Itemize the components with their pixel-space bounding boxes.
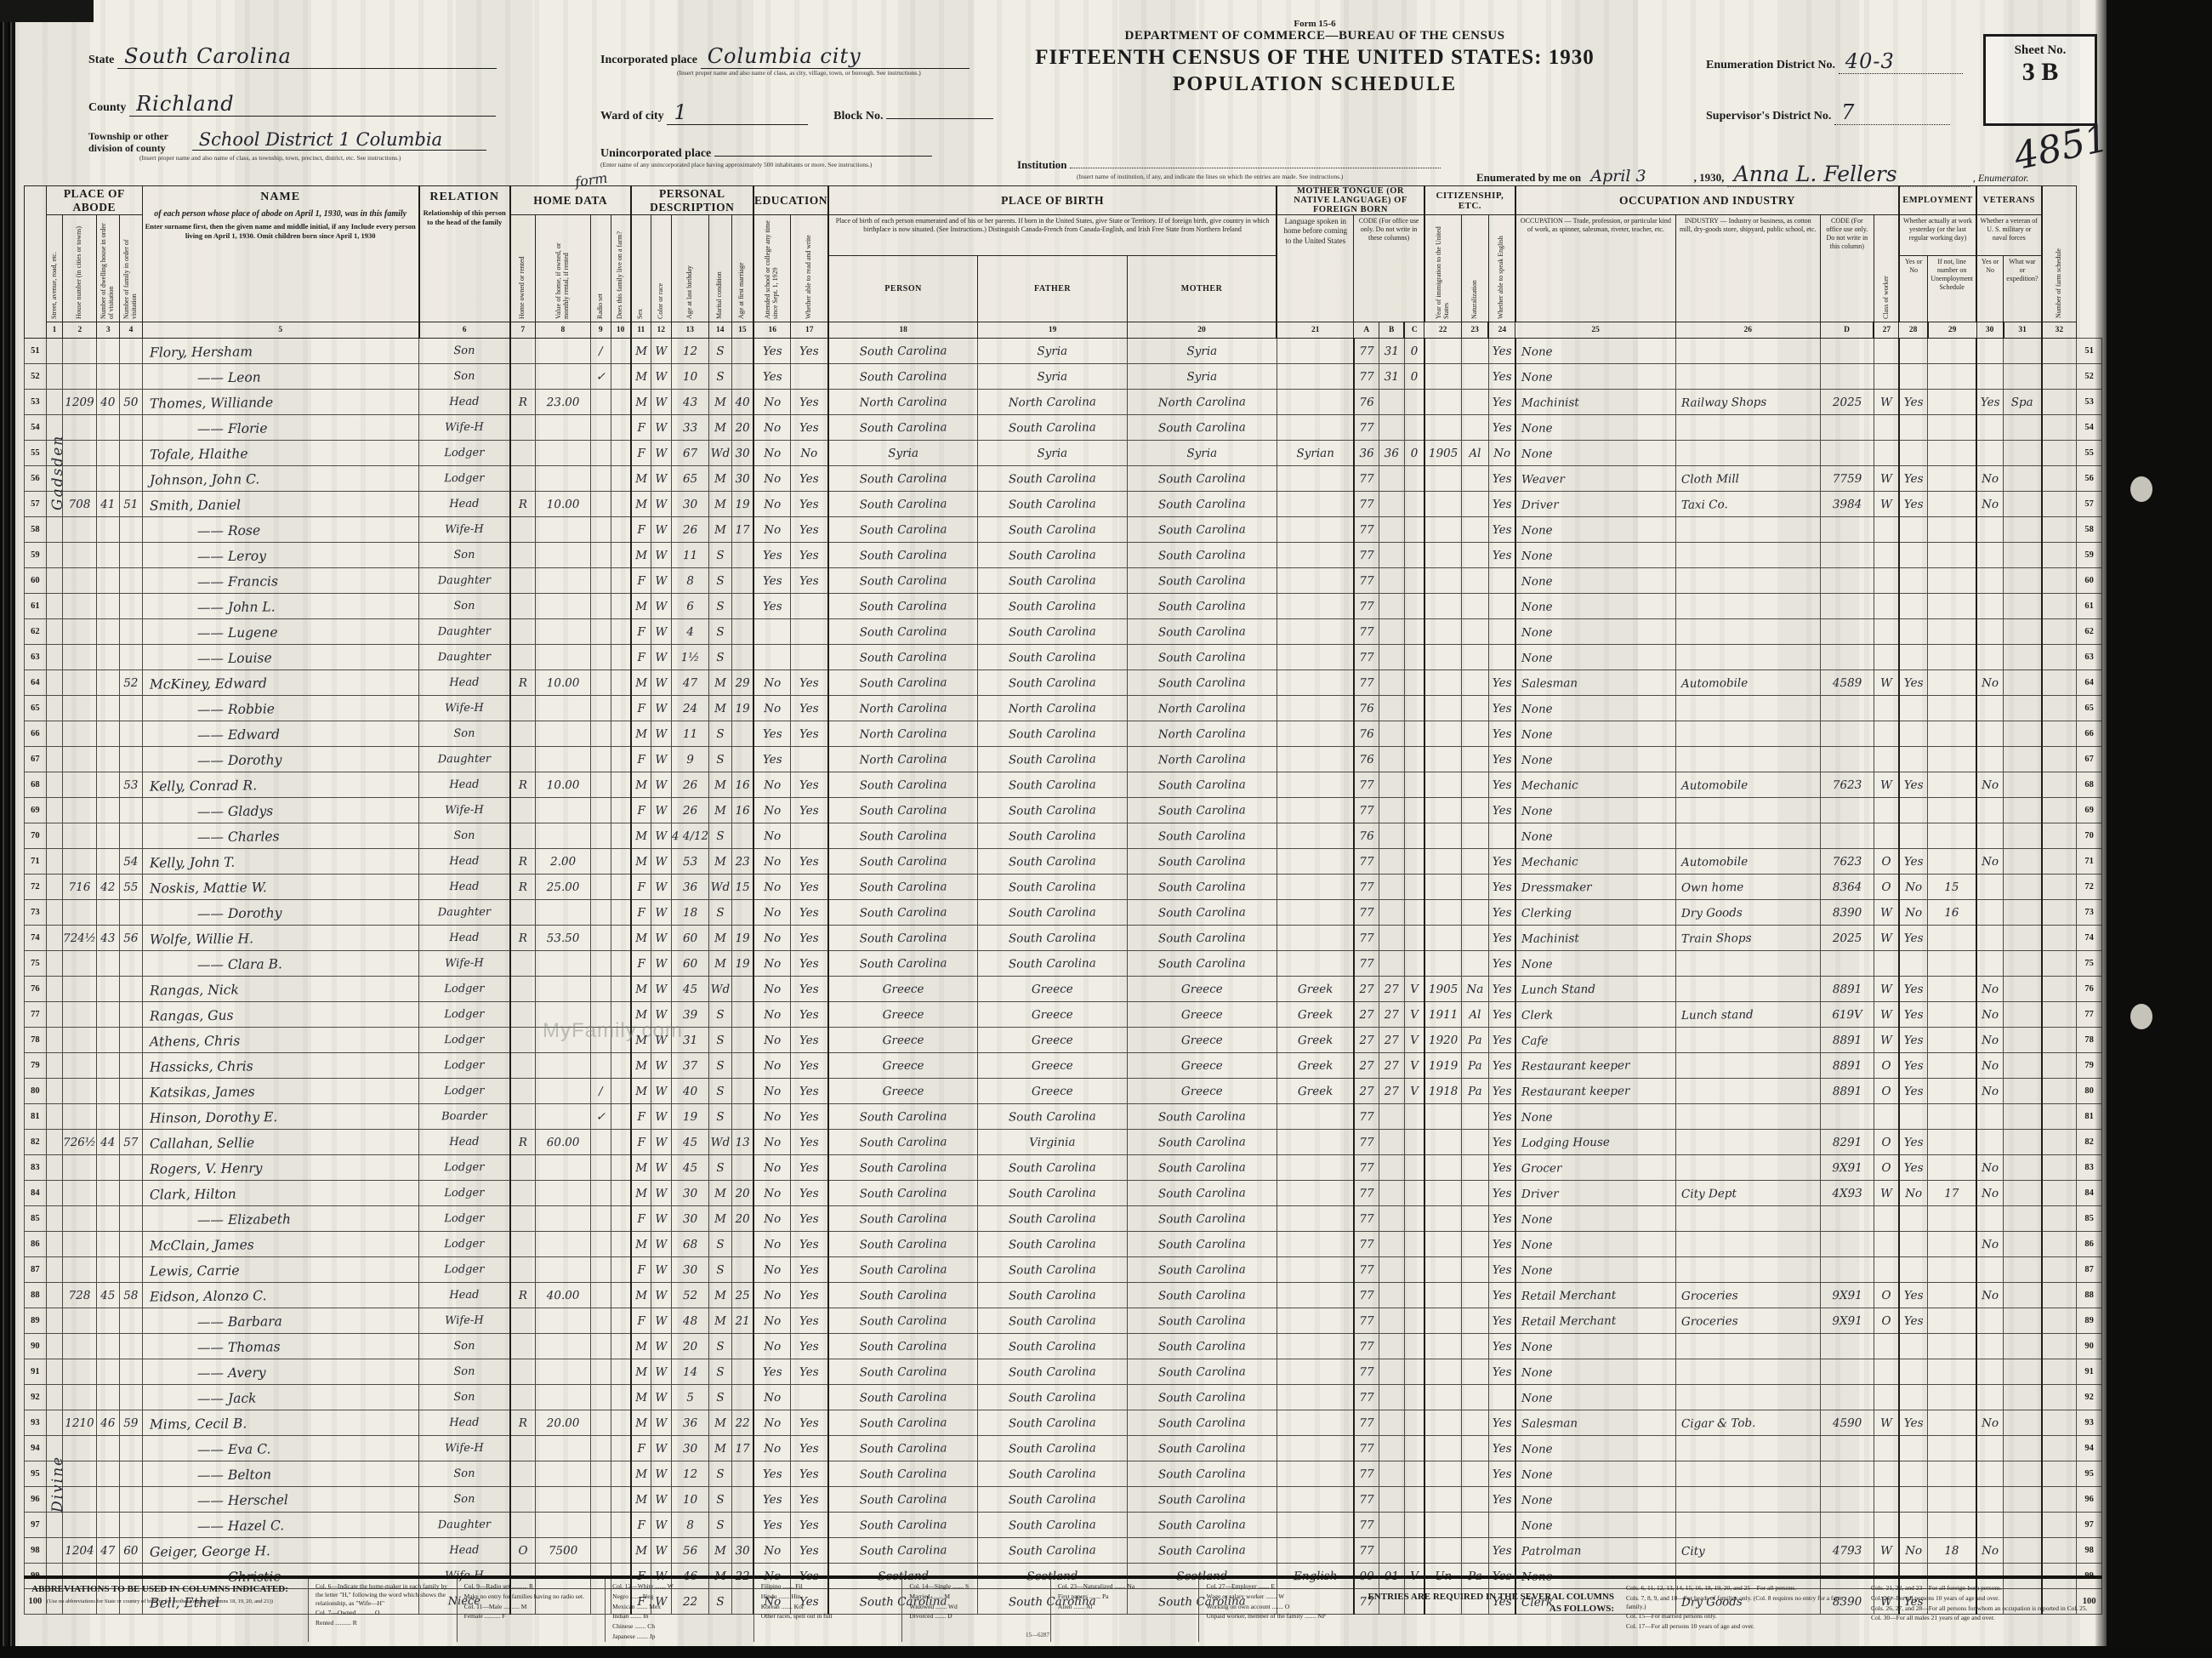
cell-dwelling: [97, 543, 120, 568]
cell-family: 56: [120, 926, 143, 951]
cell-age: 4: [671, 619, 708, 645]
cell-at-work: [1899, 1104, 1928, 1130]
cell-street: [46, 977, 63, 1002]
cell-english: Yes: [1488, 798, 1515, 823]
cell-farm-schedule: [2042, 823, 2077, 849]
cell-dwelling: [97, 339, 120, 364]
cell-birthplace-person: South Carolina: [828, 1410, 978, 1436]
cell-farm-schedule: [2042, 1283, 2077, 1308]
cell-code-a: 76: [1354, 747, 1379, 772]
group-citizenship: CITIZENSHIP, ETC.: [1424, 186, 1515, 215]
cell-age-married: [731, 1257, 753, 1283]
cell-birthplace-mother: South Carolina: [1127, 645, 1277, 670]
cell-family: [120, 1053, 143, 1079]
cell-unemp-line: 16: [1928, 900, 1976, 926]
cell-code-b: [1379, 772, 1405, 798]
cell-veteran: [1976, 1257, 2004, 1283]
table-row: 76Rangas, NickLodgerMW45WdNoYesGreeceGre…: [25, 977, 2102, 1002]
cell-birthplace-person: South Carolina: [828, 1257, 978, 1283]
cell-code-c: 0: [1404, 364, 1424, 390]
cell-naturalization: [1462, 1436, 1489, 1461]
cell-unemp-line: [1928, 1334, 1976, 1359]
cell-occupation: None: [1515, 568, 1675, 594]
cell-code-d: [1820, 1461, 1874, 1487]
cell-school: No: [753, 1385, 791, 1410]
column-number: 10: [611, 322, 631, 339]
cell-relation: Daughter: [419, 645, 510, 670]
cell-school: Yes: [753, 364, 791, 390]
cell-line: 97: [25, 1513, 47, 1538]
cell-code-c: [1404, 1181, 1424, 1206]
cell-veteran: [1976, 594, 2004, 619]
state-label: State: [88, 54, 114, 66]
cell-veteran: [1976, 1308, 2004, 1334]
cell-marital: M: [708, 1181, 731, 1206]
cell-industry: [1675, 619, 1820, 645]
cell-marital: Wd: [708, 875, 731, 900]
cell-school: Yes: [753, 721, 791, 747]
cell-age-married: 40: [731, 390, 753, 415]
cell-birthplace-father: North Carolina: [978, 696, 1128, 721]
cell-class: [1874, 951, 1899, 977]
cell-read-write: Yes: [791, 1028, 828, 1053]
cell-code-d: 2025: [1820, 390, 1874, 415]
cell-read-write: Yes: [791, 1257, 828, 1283]
cell-industry: City: [1675, 1538, 1820, 1564]
cell-marital: M: [708, 772, 731, 798]
cell-age-married: 13: [731, 1130, 753, 1155]
cell-street: [46, 517, 63, 543]
farm-schedule-column-header: Number of farm schedule: [2042, 186, 2077, 322]
cell-marital: S: [708, 1461, 731, 1487]
cell-war: [2004, 900, 2042, 926]
english-label: Whether able to speak English: [1498, 219, 1505, 319]
cell-unemp-line: [1928, 798, 1976, 823]
cell-farm: [611, 1130, 631, 1155]
cell-code-a: 77: [1354, 1461, 1379, 1487]
cell-birthplace-mother: Greece: [1127, 1028, 1277, 1053]
cell-value: [535, 339, 590, 364]
cell-age: 56: [671, 1538, 708, 1564]
cell-farm: [611, 1461, 631, 1487]
cell-at-work: [1899, 1206, 1928, 1232]
cell-immigration: [1424, 875, 1462, 900]
cell-code-b: [1379, 1385, 1405, 1410]
cell-value: [535, 798, 590, 823]
cell-birthplace-father: Greece: [978, 1028, 1128, 1053]
cell-code-a: 27: [1354, 977, 1379, 1002]
cell-relation: Lodger: [419, 1053, 510, 1079]
cell-dwelling: [97, 849, 120, 875]
cell-dwelling: [97, 798, 120, 823]
cell-at-work: [1899, 645, 1928, 670]
census-table-wrapper: form MyFamily.com Gadsden Divine: [24, 185, 2102, 1615]
cell-at-work: Yes: [1899, 849, 1928, 875]
cell-veteran: [1976, 568, 2004, 594]
employment-description: Whether actually at work yesterday (or t…: [1899, 215, 1976, 256]
cell-age: 33: [671, 415, 708, 441]
cell-class: [1874, 364, 1899, 390]
cell-veteran: [1976, 619, 2004, 645]
cell-code-b: [1379, 1130, 1405, 1155]
cell-house: [63, 339, 97, 364]
cell-birthplace-person: South Carolina: [828, 670, 978, 696]
cell-name: —— Leroy: [142, 543, 418, 568]
cell-relation: Head: [419, 1538, 510, 1564]
column-number: 31: [2004, 322, 2042, 339]
cell-naturalization: [1462, 1155, 1489, 1181]
cell-class: W: [1874, 977, 1899, 1002]
cell-code-d: [1820, 364, 1874, 390]
cell-war: [2004, 875, 2042, 900]
cell-code-b: 27: [1379, 1028, 1405, 1053]
cell-language: [1277, 645, 1354, 670]
cell-birthplace-father: South Carolina: [978, 1283, 1128, 1308]
cell-language: [1277, 594, 1354, 619]
column-number: B: [1379, 322, 1405, 339]
cell-house: [63, 1359, 97, 1385]
cell-language: [1277, 1487, 1354, 1513]
table-row: 5312094050Thomes, WilliandeHeadR23.00MW4…: [25, 390, 2102, 415]
cell-birthplace-person: Greece: [828, 1079, 978, 1104]
cell-radio: [590, 441, 611, 466]
cell-marital: M: [708, 696, 731, 721]
cell-radio: [590, 492, 611, 517]
cell-age: 26: [671, 517, 708, 543]
cell-language: Syrian: [1277, 441, 1354, 466]
cell-race: W: [651, 619, 671, 645]
cell-unemp-line: [1928, 1079, 1976, 1104]
cell-at-work: [1899, 415, 1928, 441]
population-schedule-table: PLACE OF ABODE NAME of each person whose…: [24, 185, 2102, 1615]
cell-class: O: [1874, 875, 1899, 900]
cell-code-a: 77: [1354, 364, 1379, 390]
cell-farm-schedule: [2042, 1028, 2077, 1053]
cell-code-a: 77: [1354, 517, 1379, 543]
cell-read-write: Yes: [791, 1053, 828, 1079]
cell-english: Yes: [1488, 721, 1515, 747]
cell-read-write: Yes: [791, 390, 828, 415]
cell-age-married: 21: [731, 1308, 753, 1334]
column-number: 12: [651, 322, 671, 339]
cell-birthplace-person: Greece: [828, 1002, 978, 1028]
cell-code-c: [1404, 1206, 1424, 1232]
cell-code-d: 4X93: [1820, 1181, 1874, 1206]
cell-owned: R: [510, 390, 535, 415]
cell-language: [1277, 900, 1354, 926]
cell-industry: [1675, 339, 1820, 364]
cell-street: [46, 823, 63, 849]
cell-language: [1277, 1538, 1354, 1564]
col-family: Number of family in order of visitation: [120, 215, 143, 322]
cell-birthplace-mother: Syria: [1127, 339, 1277, 364]
cell-radio: [590, 798, 611, 823]
cell-code-a: 77: [1354, 1283, 1379, 1308]
cell-class: O: [1874, 1155, 1899, 1181]
entries-required-col-2: Cols. 21, 22, and 23—For all foreign-bor…: [1871, 1584, 2102, 1642]
cell-sex: F: [631, 798, 651, 823]
cell-naturalization: [1462, 1232, 1489, 1257]
table-row: 85—— ElizabethLodgerFW30M20NoYesSouth Ca…: [25, 1206, 2102, 1232]
cell-code-a: 77: [1354, 1130, 1379, 1155]
cell-value: [535, 1359, 590, 1385]
scan-scuff-top-left: [0, 0, 94, 22]
cell-unemp-line: [1928, 1461, 1976, 1487]
cell-marital: Wd: [708, 1130, 731, 1155]
cell-class: [1874, 339, 1899, 364]
cell-at-work: [1899, 1359, 1928, 1385]
table-row: 75—— Clara B.Wife-HFW60M19NoYesSouth Car…: [25, 951, 2102, 977]
cell-code-b: [1379, 1538, 1405, 1564]
cell-unemp-line: [1928, 747, 1976, 772]
cell-name: —— Clara B.: [142, 951, 418, 977]
cell-value: [535, 1206, 590, 1232]
cell-industry: [1675, 1487, 1820, 1513]
cell-relation: Son: [419, 339, 510, 364]
cell-immigration: [1424, 594, 1462, 619]
cell-dwelling: 46: [97, 1410, 120, 1436]
cell-sex: M: [631, 543, 651, 568]
cell-code-c: [1404, 951, 1424, 977]
cell-school: Yes: [753, 747, 791, 772]
cell-at-work: [1899, 619, 1928, 645]
cell-at-work: Yes: [1899, 1002, 1928, 1028]
cell-birthplace-person: South Carolina: [828, 1487, 978, 1513]
cell-dwelling: [97, 1104, 120, 1130]
cell-read-write: Yes: [791, 1334, 828, 1359]
cell-owned: [510, 798, 535, 823]
cell-code-c: [1404, 849, 1424, 875]
cell-farm: [611, 1155, 631, 1181]
cell-english: Yes: [1488, 1232, 1515, 1257]
cell-house: [63, 696, 97, 721]
cell-at-work: [1899, 747, 1928, 772]
cell-line: 89: [25, 1308, 47, 1334]
cell-radio: ✓: [590, 364, 611, 390]
cell-code-a: 77: [1354, 619, 1379, 645]
cell-school: No: [753, 1181, 791, 1206]
column-number: A: [1354, 322, 1379, 339]
cell-house: [63, 747, 97, 772]
cell-code-c: [1404, 466, 1424, 492]
cell-farm-schedule: [2042, 721, 2077, 747]
cell-veteran: No: [1976, 1079, 2004, 1104]
cell-sex: M: [631, 721, 651, 747]
cell-class: [1874, 1359, 1899, 1385]
cell-at-work: Yes: [1899, 670, 1928, 696]
cell-name: Thomes, Williande: [142, 390, 418, 415]
cell-owned: [510, 1104, 535, 1130]
cell-code-b: [1379, 1513, 1405, 1538]
cell-birthplace-person: South Carolina: [828, 466, 978, 492]
cell-birthplace-mother: North Carolina: [1127, 390, 1277, 415]
cell-age-married: [731, 1232, 753, 1257]
cell-farm-schedule: [2042, 798, 2077, 823]
cell-birthplace-mother: Greece: [1127, 1053, 1277, 1079]
cell-sex: M: [631, 849, 651, 875]
birth-description: Place of birth of each person enumerated…: [828, 215, 1277, 256]
cell-industry: [1675, 798, 1820, 823]
cell-code-a: 77: [1354, 1410, 1379, 1436]
cell-radio: [590, 721, 611, 747]
cell-name: —— Belton: [142, 1461, 418, 1487]
cell-unemp-line: [1928, 466, 1976, 492]
institution-field: Institution (Insert name of institution,…: [1017, 158, 1441, 180]
cell-radio: /: [590, 339, 611, 364]
cell-line: 68: [25, 772, 47, 798]
cell-immigration: [1424, 517, 1462, 543]
cell-farm-schedule: [2042, 1308, 2077, 1334]
cell-birthplace-person: North Carolina: [828, 721, 978, 747]
cell-war: [2004, 1079, 2042, 1104]
cell-unemp-line: [1928, 1002, 1976, 1028]
cell-code-a: 36: [1354, 441, 1379, 466]
cell-farm: [611, 1334, 631, 1359]
table-row: 74724½4356Wolfe, Willie H.HeadR53.50MW60…: [25, 926, 2102, 951]
cell-english: Yes: [1488, 1410, 1515, 1436]
cell-name: Callahan, Sellie: [142, 1130, 418, 1155]
cell-veteran: [1976, 1206, 2004, 1232]
cell-owned: [510, 1487, 535, 1513]
cell-birthplace-person: South Carolina: [828, 1334, 978, 1359]
column-number: 29: [1928, 322, 1976, 339]
cell-street: [46, 926, 63, 951]
cell-birthplace-person: South Carolina: [828, 1385, 978, 1410]
cell-immigration: [1424, 926, 1462, 951]
cell-unemp-line: 15: [1928, 875, 1976, 900]
cell-unemp-line: [1928, 492, 1976, 517]
cell-owned: [510, 364, 535, 390]
cell-occupation: Salesman: [1515, 1410, 1675, 1436]
incorporated-caption: (Insert proper name and also name of cla…: [677, 69, 970, 77]
schedule-title: POPULATION SCHEDULE: [992, 73, 1638, 96]
cell-farm-schedule: [2042, 1513, 2077, 1538]
cell-birthplace-father: South Carolina: [978, 568, 1128, 594]
cell-code-d: 8390: [1820, 900, 1874, 926]
cell-birthplace-mother: South Carolina: [1127, 823, 1277, 849]
cell-birthplace-mother: South Carolina: [1127, 1104, 1277, 1130]
cell-family: 54: [120, 849, 143, 875]
cell-occupation: Clerking: [1515, 900, 1675, 926]
cell-value: [535, 977, 590, 1002]
cell-code-c: [1404, 619, 1424, 645]
cell-birthplace-mother: South Carolina: [1127, 517, 1277, 543]
cell-code-a: 77: [1354, 466, 1379, 492]
cell-unemp-line: [1928, 1130, 1976, 1155]
cell-code-c: [1404, 1359, 1424, 1385]
cell-school: No: [753, 441, 791, 466]
cell-age: 36: [671, 1410, 708, 1436]
farm-label: Does this family live on a farm?: [617, 219, 624, 319]
cell-race: W: [651, 1104, 671, 1130]
cell-line: 66: [25, 721, 47, 747]
cell-line: 55: [25, 441, 47, 466]
cell-war: [2004, 415, 2042, 441]
cell-war: [2004, 568, 2042, 594]
cell-age: 10: [671, 364, 708, 390]
table-row: 9312104659Mims, Cecil B.HeadR20.00MW36M2…: [25, 1410, 2102, 1436]
cell-farm-schedule: [2042, 1487, 2077, 1513]
cell-relation: Lodger: [419, 441, 510, 466]
cell-birthplace-father: North Carolina: [978, 390, 1128, 415]
cell-english: Yes: [1488, 1181, 1515, 1206]
ward-field: Ward of city 1 Block No.: [600, 100, 993, 125]
cell-industry: [1675, 1513, 1820, 1538]
cell-code-a: 76: [1354, 823, 1379, 849]
cell-veteran: [1976, 339, 2004, 364]
cell-veteran: [1976, 441, 2004, 466]
cell-farm: [611, 1053, 631, 1079]
cell-house: [63, 1002, 97, 1028]
cell-school: No: [753, 1002, 791, 1028]
cell-birthplace-father: South Carolina: [978, 1181, 1128, 1206]
table-row: 94—— Eva C.Wife-HFW30M17NoYesSouth Carol…: [25, 1436, 2102, 1461]
cell-english: Yes: [1488, 1028, 1515, 1053]
abbreviation-column: Col. 27—Employer ....... EWage or salary…: [1198, 1579, 1347, 1642]
cell-line: 83: [25, 1155, 47, 1181]
column-number: 11: [631, 322, 651, 339]
cell-age: 40: [671, 1079, 708, 1104]
cell-name: —— Thomas: [142, 1334, 418, 1359]
cell-at-work: Yes: [1899, 977, 1928, 1002]
column-number: 1: [46, 322, 63, 339]
code-abc-header: CODE (For office use only. Do not write …: [1354, 215, 1424, 322]
cell-code-c: V: [1404, 977, 1424, 1002]
cell-house: [63, 1053, 97, 1079]
cell-farm: [611, 441, 631, 466]
cell-war: [2004, 1002, 2042, 1028]
unincorporated-value: [714, 156, 932, 157]
enumerator-name: Anna L. Fellers: [1727, 162, 1970, 187]
cell-farm: [611, 977, 631, 1002]
col-street: Street, avenue, road, etc.: [46, 215, 63, 322]
cell-naturalization: [1462, 568, 1489, 594]
cell-code-c: [1404, 875, 1424, 900]
cell-naturalization: [1462, 875, 1489, 900]
cell-sex: M: [631, 1410, 651, 1436]
cell-code-b: [1379, 619, 1405, 645]
cell-value: 25.00: [535, 875, 590, 900]
cell-code-b: [1379, 1308, 1405, 1334]
cell-class: [1874, 517, 1899, 543]
cell-name: Kelly, John T.: [142, 849, 418, 875]
cell-english: [1488, 645, 1515, 670]
cell-sex: F: [631, 441, 651, 466]
cell-street: [46, 1232, 63, 1257]
incorporated-label: Incorporated place: [600, 54, 697, 66]
cell-occupation: None: [1515, 1104, 1675, 1130]
cell-dwelling: [97, 1334, 120, 1359]
cell-farm: [611, 1104, 631, 1130]
cell-unemp-line: [1928, 594, 1976, 619]
cell-code-d: [1820, 543, 1874, 568]
cell-naturalization: [1462, 1334, 1489, 1359]
cell-occupation: Driver: [1515, 1181, 1675, 1206]
cell-marital: M: [708, 951, 731, 977]
cell-unemp-line: [1928, 1513, 1976, 1538]
cell-school: No: [753, 875, 791, 900]
cell-birthplace-father: South Carolina: [978, 1308, 1128, 1334]
cell-birthplace-mother: South Carolina: [1127, 900, 1277, 926]
column-number: C: [1404, 322, 1424, 339]
cell-language: [1277, 1181, 1354, 1206]
cell-birthplace-father: South Carolina: [978, 772, 1128, 798]
cell-immigration: [1424, 1283, 1462, 1308]
cell-house: [63, 823, 97, 849]
cell-age: 37: [671, 1053, 708, 1079]
cell-name: —— John L.: [142, 594, 418, 619]
cell-unemp-line: [1928, 390, 1976, 415]
